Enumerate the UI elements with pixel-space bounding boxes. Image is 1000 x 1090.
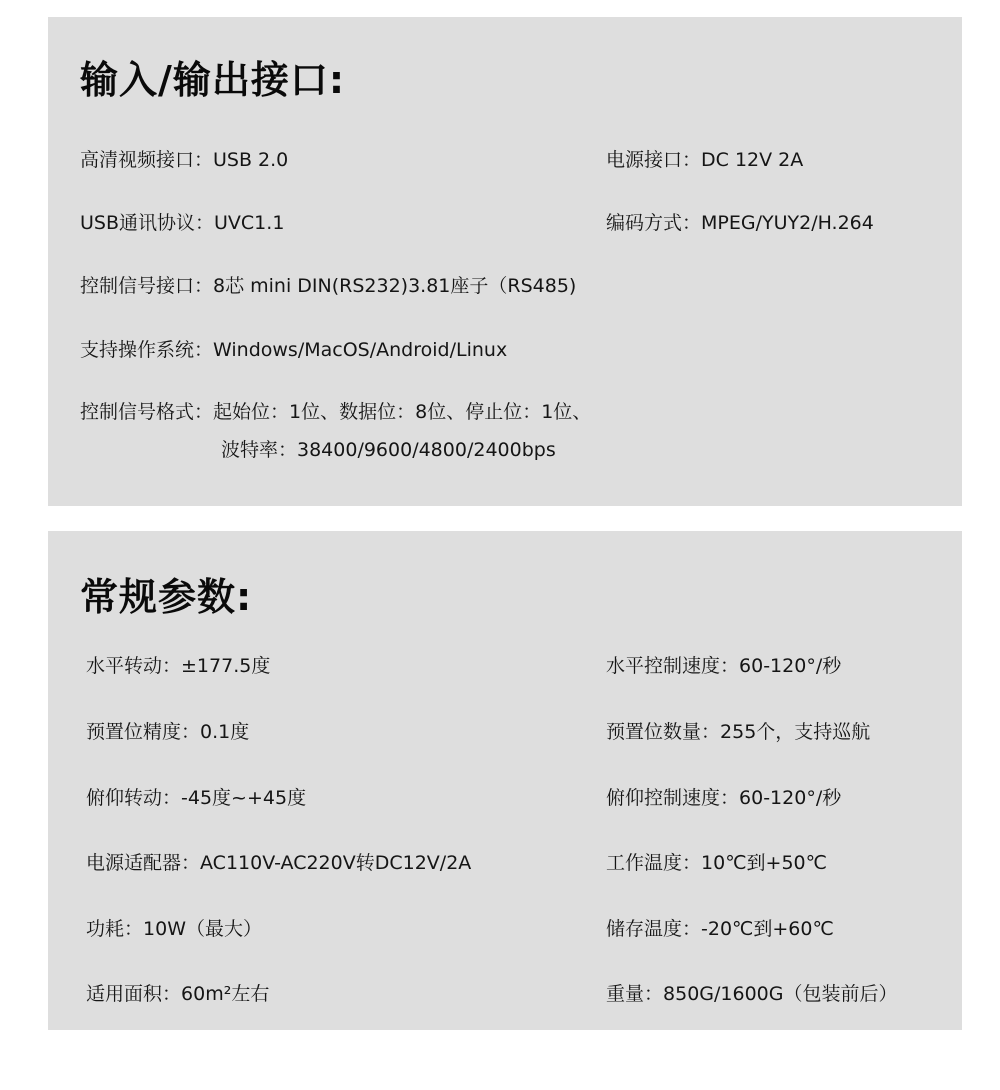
spec-supported-os: 支持操作系统：Windows/MacOS/Android/Linux (80, 338, 507, 362)
spec-hd-video-interface: 高清视频接口：USB 2.0 (80, 148, 288, 172)
spec-encoding: 编码方式：MPEG/YUY2/H.264 (606, 211, 874, 235)
spec-value: 60-120°/秒 (739, 787, 841, 809)
io-interface-panel: 输入/输出接口: 高清视频接口：USB 2.0 电源接口：DC 12V 2A U… (48, 17, 962, 506)
spec-horizontal-speed: 水平控制速度：60-120°/秒 (606, 654, 841, 678)
general-section-title: 常规参数: (80, 578, 252, 616)
spec-preset-accuracy: 预置位精度：0.1度 (86, 720, 249, 744)
spec-label: 预置位数量： (606, 721, 720, 743)
spec-label: 储存温度： (606, 918, 701, 940)
spec-value: 10℃到+50℃ (701, 852, 827, 874)
spec-operating-temperature: 工作温度：10℃到+50℃ (606, 851, 827, 875)
spec-weight: 重量：850G/1600G（包装前后） (606, 982, 897, 1006)
spec-label: 水平控制速度： (606, 655, 739, 677)
spec-control-signal-interface: 控制信号接口：8芯 mini DIN(RS232)3.81座子（RS485) (80, 274, 576, 298)
spec-label: 高清视频接口： (80, 149, 213, 171)
spec-label: 电源接口： (606, 149, 701, 171)
spec-label: 电源适配器： (86, 852, 200, 874)
spec-label: USB通讯协议： (80, 212, 214, 234)
spec-value: 0.1度 (200, 721, 249, 743)
spec-power-consumption: 功耗：10W（最大） (86, 917, 262, 941)
spec-value-baud-rate: 波特率：38400/9600/4800/2400bps (80, 438, 591, 462)
spec-applicable-area: 适用面积：60m²左右 (86, 982, 269, 1006)
spec-label: 预置位精度： (86, 721, 200, 743)
spec-storage-temperature: 储存温度：-20℃到+60℃ (606, 917, 834, 941)
spec-value: ±177.5度 (181, 655, 270, 677)
spec-label: 工作温度： (606, 852, 701, 874)
spec-value: Windows/MacOS/Android/Linux (213, 339, 507, 361)
spec-value: 60-120°/秒 (739, 655, 841, 677)
spec-label: 水平转动： (86, 655, 181, 677)
spec-value: 60m²左右 (181, 983, 269, 1005)
spec-power-interface: 电源接口：DC 12V 2A (606, 148, 803, 172)
spec-horizontal-rotation: 水平转动：±177.5度 (86, 654, 270, 678)
spec-value: -45度~+45度 (181, 787, 306, 809)
spec-value: AC110V-AC220V转DC12V/2A (200, 852, 471, 874)
spec-label: 功耗： (86, 918, 143, 940)
spec-label: 编码方式： (606, 212, 701, 234)
io-section-title: 输入/输出接口: (80, 61, 345, 99)
spec-value: -20℃到+60℃ (701, 918, 834, 940)
spec-label: 适用面积： (86, 983, 181, 1005)
spec-value: 255个，支持巡航 (720, 721, 870, 743)
spec-value: MPEG/YUY2/H.264 (701, 212, 874, 234)
spec-label: 控制信号格式： (80, 401, 213, 423)
spec-value: DC 12V 2A (701, 149, 803, 171)
spec-value: UVC1.1 (214, 212, 284, 234)
spec-label: 重量： (606, 983, 663, 1005)
spec-value: 10W（最大） (143, 918, 262, 940)
spec-tilt-speed: 俯仰控制速度：60-120°/秒 (606, 786, 841, 810)
spec-value: 起始位：1位、数据位：8位、停止位：1位、 (213, 401, 591, 423)
spec-value: USB 2.0 (213, 149, 288, 171)
spec-value: 850G/1600G（包装前后） (663, 983, 897, 1005)
spec-label: 俯仰转动： (86, 787, 181, 809)
spec-power-adapter: 电源适配器：AC110V-AC220V转DC12V/2A (86, 851, 471, 875)
spec-label: 控制信号接口： (80, 275, 213, 297)
spec-control-signal-format: 控制信号格式：起始位：1位、数据位：8位、停止位：1位、 波特率：38400/9… (80, 400, 591, 462)
spec-value: 8芯 mini DIN(RS232)3.81座子（RS485) (213, 275, 576, 297)
spec-preset-count: 预置位数量：255个，支持巡航 (606, 720, 870, 744)
spec-label: 俯仰控制速度： (606, 787, 739, 809)
spec-label: 支持操作系统： (80, 339, 213, 361)
spec-tilt-rotation: 俯仰转动：-45度~+45度 (86, 786, 306, 810)
general-params-panel: 常规参数: 水平转动：±177.5度 水平控制速度：60-120°/秒 预置位精… (48, 531, 962, 1030)
spec-usb-protocol: USB通讯协议：UVC1.1 (80, 211, 284, 235)
